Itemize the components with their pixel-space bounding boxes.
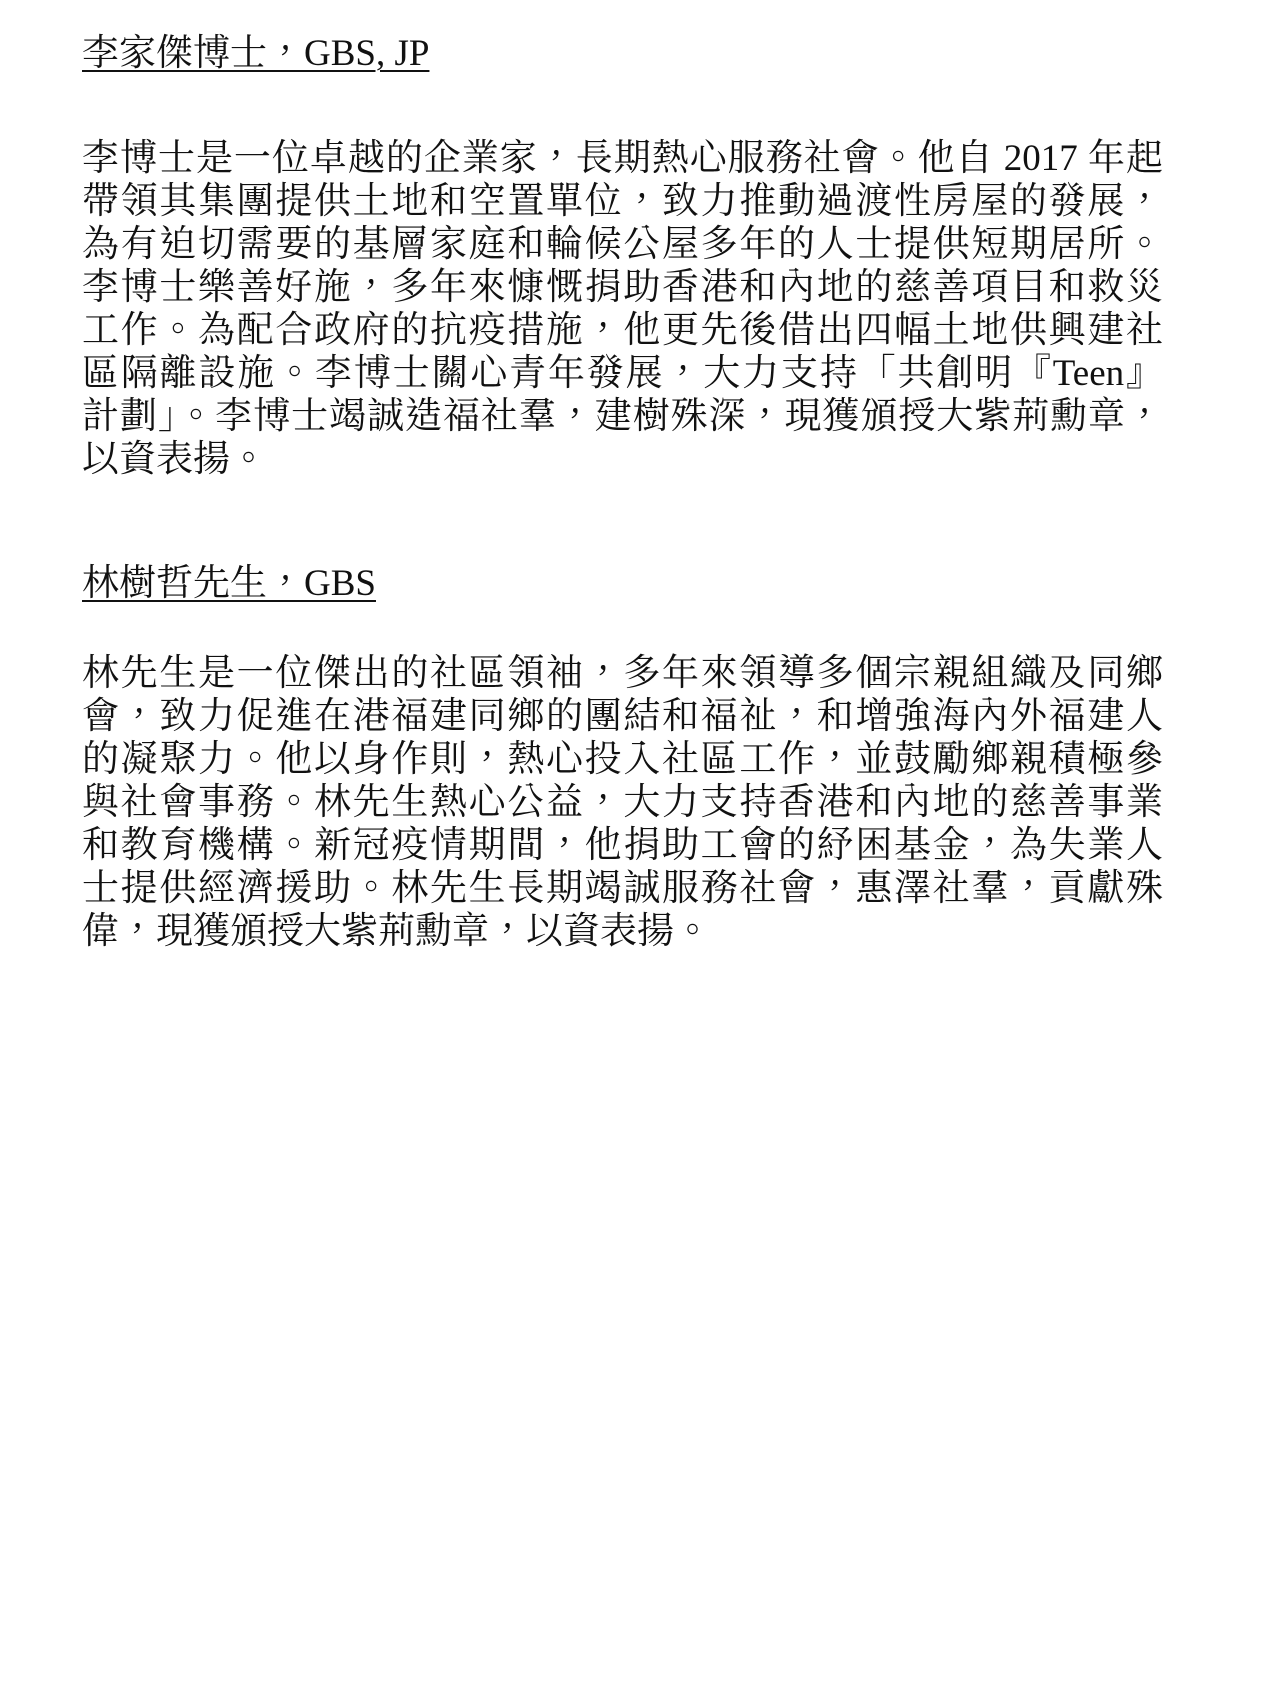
citation-section-second-recipient: 林樹哲先生，GBS 林先生是一位傑出的社區領袖，多年來領導多個宗親組織及同鄉會，…	[82, 562, 1163, 953]
text-line: 和教育機構。新冠疫情期間，他捐助工會的紓困基金，為失業人	[82, 824, 1163, 867]
citation-section-first-recipient: 李家傑博士，GBS, JP 李博士是一位卓越的企業家，長期熱心服務社會。他自 2…	[82, 32, 1163, 481]
text-line: 以資表揚。	[82, 438, 1163, 481]
text-line: 士提供經濟援助。林先生長期竭誠服務社會，惠澤社羣，貢獻殊	[82, 867, 1163, 910]
text-line: 帶領其集團提供土地和空置單位，致力推動過渡性房屋的發展，	[82, 180, 1163, 223]
text-line: 的凝聚力。他以身作則，熱心投入社區工作，並鼓勵鄉親積極參	[82, 738, 1163, 781]
text-line: 計劃」。李博士竭誠造福社羣，建樹殊深，現獲頒授大紫荊勳章，	[82, 395, 1163, 438]
text-line: 李博士樂善好施，多年來慷慨捐助香港和內地的慈善項目和救災	[82, 266, 1163, 309]
recipient-heading: 林樹哲先生，GBS	[82, 562, 1163, 605]
recipient-name-heading: 李家傑博士，GBS, JP	[82, 33, 429, 74]
recipient-name-heading: 林樹哲先生，GBS	[82, 563, 376, 604]
text-line: 會，致力促進在港福建同鄉的團結和福祉，和增強海內外福建人	[82, 695, 1163, 738]
citation-paragraph: 林先生是一位傑出的社區領袖，多年來領導多個宗親組織及同鄉會，致力促進在港福建同鄉…	[82, 652, 1163, 953]
text-line: 區隔離設施。李博士關心青年發展，大力支持「共創明『Teen』	[82, 352, 1163, 395]
text-line: 為有迫切需要的基層家庭和輪候公屋多年的人士提供短期居所。	[82, 223, 1163, 266]
recipient-heading: 李家傑博士，GBS, JP	[82, 32, 1163, 75]
text-line: 工作。為配合政府的抗疫措施，他更先後借出四幅土地供興建社	[82, 309, 1163, 352]
text-line: 李博士是一位卓越的企業家，長期熱心服務社會。他自 2017 年起	[82, 137, 1163, 180]
citation-paragraph: 李博士是一位卓越的企業家，長期熱心服務社會。他自 2017 年起帶領其集團提供土…	[82, 137, 1163, 481]
text-line: 偉，現獲頒授大紫荊勳章，以資表揚。	[82, 910, 1163, 953]
document-page: 李家傑博士，GBS, JP 李博士是一位卓越的企業家，長期熱心服務社會。他自 2…	[0, 0, 1268, 1688]
text-line: 與社會事務。林先生熱心公益，大力支持香港和內地的慈善事業	[82, 781, 1163, 824]
text-line: 林先生是一位傑出的社區領袖，多年來領導多個宗親組織及同鄉	[82, 652, 1163, 695]
